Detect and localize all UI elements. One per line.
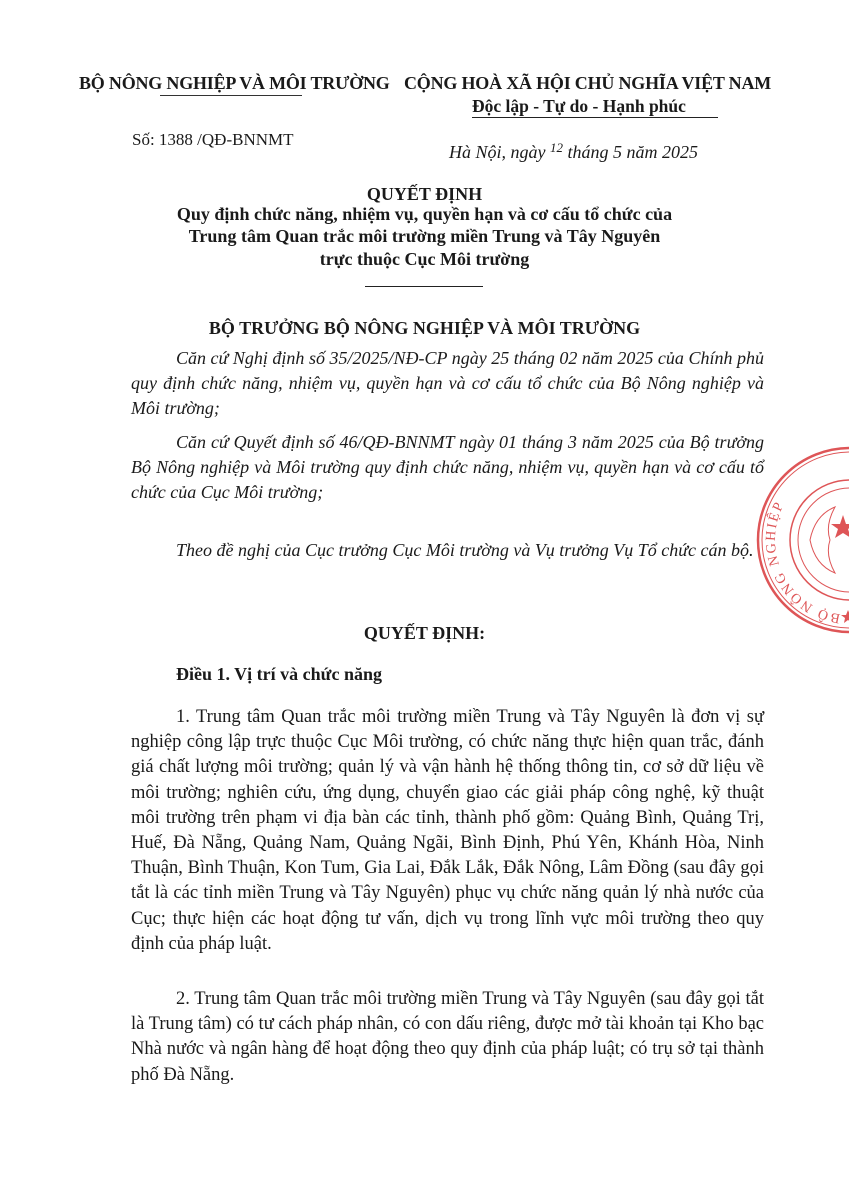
issuing-authority: BỘ TRƯỞNG BỘ NÔNG NGHIỆP VÀ MÔI TRƯỜNG (0, 318, 849, 339)
article-clause: 2. Trung tâm Quan trắc môi trường miền T… (131, 987, 764, 1088)
document-type: QUYẾT ĐỊNH (0, 184, 849, 205)
document-subject-line-2: Trung tâm Quan trắc môi trường miền Trun… (0, 226, 849, 247)
decision-heading: QUYẾT ĐỊNH: (0, 623, 849, 644)
official-seal-icon: BỘ NÔNG NGHIỆP (755, 445, 849, 635)
preamble-paragraph: Theo đề nghị của Cục trưởng Cục Môi trườ… (131, 538, 764, 563)
date-suffix: tháng 5 năm 2025 (563, 142, 698, 162)
ministry-name: BỘ NÔNG NGHIỆP VÀ MÔI TRƯỜNG (79, 73, 390, 94)
nation-name: CỘNG HOÀ XÃ HỘI CHỦ NGHĨA VIỆT NAM (404, 73, 771, 94)
document-number: Số: 1388 /QĐ-BNNMT (132, 130, 294, 150)
article-clause: 1. Trung tâm Quan trắc môi trường miền T… (131, 705, 764, 957)
preamble-paragraph: Căn cứ Nghị định số 35/2025/NĐ-CP ngày 2… (131, 346, 764, 421)
article-title: Điều 1. Vị trí và chức năng (176, 664, 382, 685)
document-subject-line-3: trực thuộc Cục Môi trường (0, 249, 849, 270)
title-underline (365, 286, 483, 287)
national-motto: Độc lập - Tự do - Hạnh phúc (472, 96, 686, 117)
ministry-underline (160, 95, 302, 96)
date-prefix: Hà Nội, ngày (449, 142, 550, 162)
document-date: Hà Nội, ngày 12 tháng 5 năm 2025 (449, 140, 698, 163)
motto-underline (472, 117, 718, 118)
date-day: 12 (550, 140, 563, 155)
document-subject-line-1: Quy định chức năng, nhiệm vụ, quyền hạn … (0, 204, 849, 225)
preamble-paragraph: Căn cứ Quyết định số 46/QĐ-BNNMT ngày 01… (131, 430, 764, 505)
